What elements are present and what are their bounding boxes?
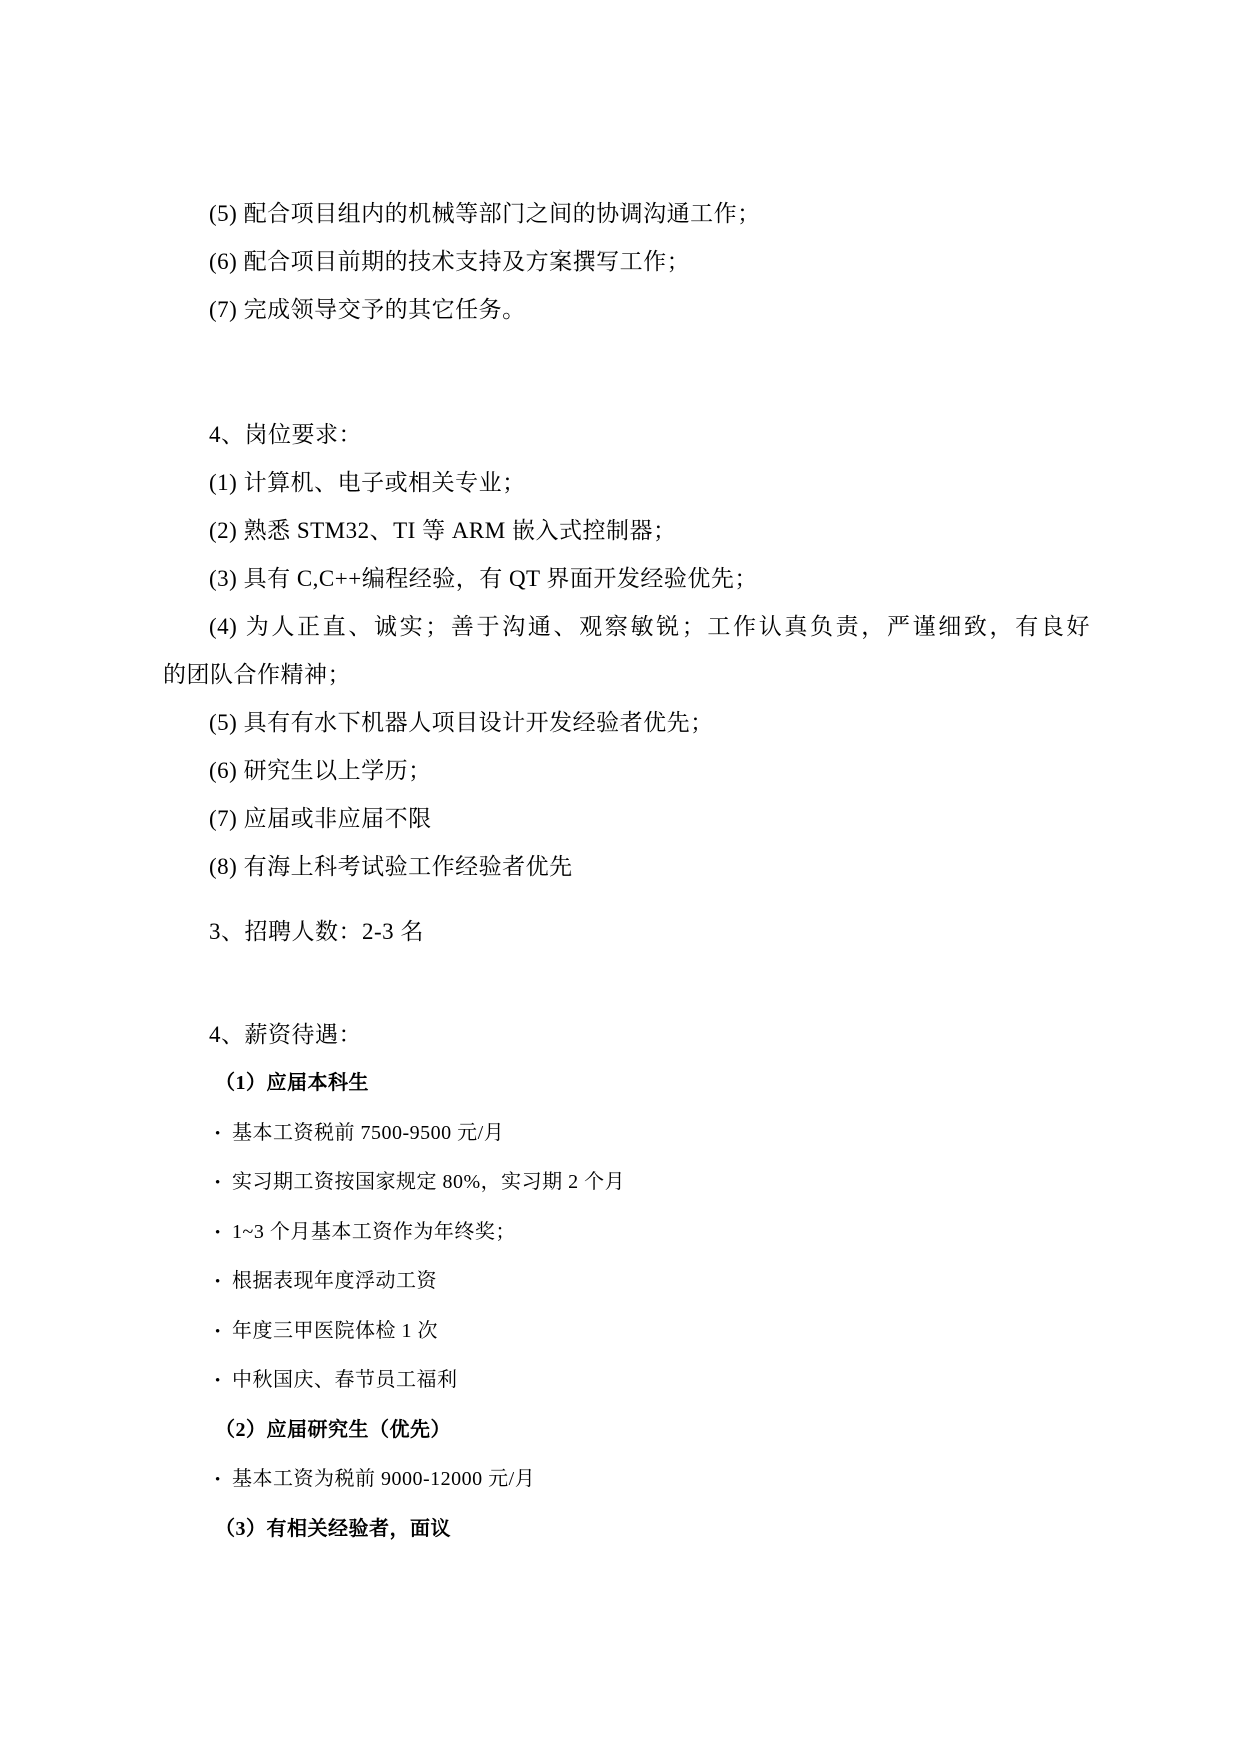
section-gap — [163, 956, 1090, 1011]
duty-item-7: (7) 完成领导交予的其它任务。 — [163, 286, 1090, 334]
duty-item-5: (5) 配合项目组内的机械等部门之间的协调沟通工作； — [163, 190, 1090, 238]
salary-bullet: •实习期工资按国家规定 80%，实习期 2 个月 — [215, 1158, 1090, 1208]
salary-bullet-text: 实习期工资按国家规定 80%，实习期 2 个月 — [232, 1171, 625, 1193]
requirement-item-5: (5) 具有有水下机器人项目设计开发经验者优先； — [163, 699, 1090, 747]
salary-bullet: •年度三甲医院体检 1 次 — [215, 1307, 1090, 1357]
salary-bullet: •中秋国庆、春节员工福利 — [215, 1356, 1090, 1406]
requirements-heading: 4、岗位要求： — [163, 411, 1090, 459]
salary-heading: 4、薪资待遇： — [163, 1011, 1090, 1059]
requirement-item-6: (6) 研究生以上学历； — [163, 747, 1090, 795]
document-body: (5) 配合项目组内的机械等部门之间的协调沟通工作； (6) 配合项目前期的技术… — [163, 0, 1090, 1554]
salary-group-3-title: （3）有相关经验者，面议 — [215, 1505, 1090, 1555]
bullet-icon: • — [215, 1209, 232, 1259]
salary-bullet-text: 年度三甲医院体检 1 次 — [232, 1320, 438, 1342]
bullet-icon: • — [215, 1159, 232, 1209]
bullet-icon: • — [215, 1456, 232, 1506]
requirement-item-2: (2) 熟悉 STM32、TI 等 ARM 嵌入式控制器； — [163, 507, 1090, 555]
salary-bullet: •1~3 个月基本工资作为年终奖； — [215, 1208, 1090, 1258]
document-page: (5) 配合项目组内的机械等部门之间的协调沟通工作； (6) 配合项目前期的技术… — [0, 0, 1241, 1755]
bullet-icon: • — [215, 1258, 232, 1308]
salary-bullet-text: 中秋国庆、春节员工福利 — [232, 1369, 458, 1391]
salary-bullet: •基本工资税前 7500-9500 元/月 — [215, 1109, 1090, 1159]
bullet-icon: • — [215, 1357, 232, 1407]
salary-group-1-title: （1）应届本科生 — [215, 1059, 1090, 1109]
salary-group-2-title: （2）应届研究生（优先） — [215, 1406, 1090, 1456]
duty-item-6: (6) 配合项目前期的技术支持及方案撰写工作； — [163, 238, 1090, 286]
section-gap — [163, 891, 1090, 908]
section-gap — [163, 334, 1090, 411]
salary-bullet-text: 1~3 个月基本工资作为年终奖； — [232, 1221, 516, 1243]
requirement-item-8: (8) 有海上科考试验工作经验者优先 — [163, 843, 1090, 891]
salary-bullet: •根据表现年度浮动工资 — [215, 1257, 1090, 1307]
bullet-icon: • — [215, 1110, 232, 1160]
salary-bullet-text: 基本工资税前 7500-9500 元/月 — [232, 1122, 504, 1144]
requirement-item-4-line-1: (4) 为人正直、诚实；善于沟通、观察敏锐；工作认真负责，严谨细致，有良好 — [163, 603, 1090, 651]
requirement-item-7: (7) 应届或非应届不限 — [163, 795, 1090, 843]
requirement-item-4-line-2: 的团队合作精神； — [163, 651, 1090, 699]
salary-bullet: •基本工资为税前 9000-12000 元/月 — [215, 1455, 1090, 1505]
salary-bullet-text: 根据表现年度浮动工资 — [232, 1270, 437, 1292]
requirement-item-3: (3) 具有 C,C++编程经验，有 QT 界面开发经验优先； — [163, 555, 1090, 603]
headcount-line: 3、招聘人数：2-3 名 — [163, 908, 1090, 956]
salary-bullet-text: 基本工资为税前 9000-12000 元/月 — [232, 1468, 535, 1490]
requirement-item-1: (1) 计算机、电子或相关专业； — [163, 459, 1090, 507]
bullet-icon: • — [215, 1308, 232, 1358]
